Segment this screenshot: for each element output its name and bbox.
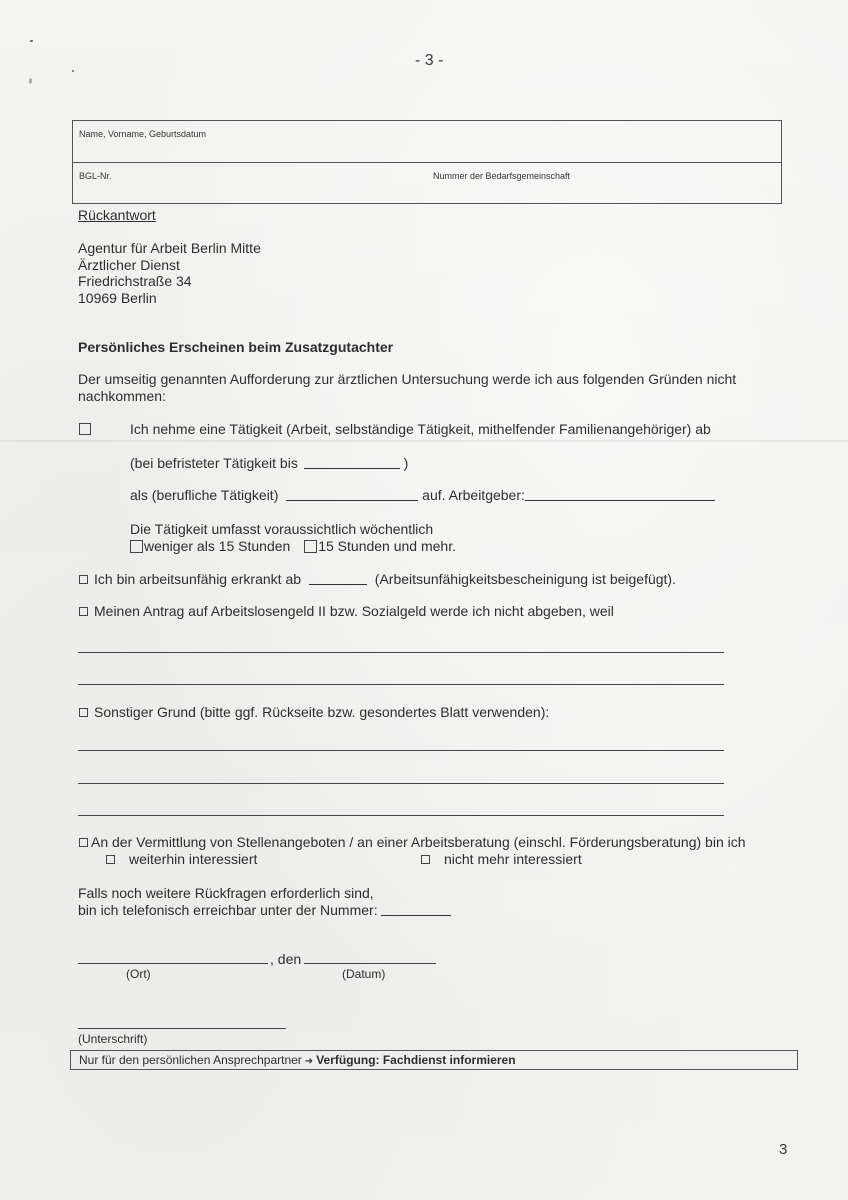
employer-label: auf. Arbeitgeber: xyxy=(422,487,525,503)
address-line: Ärztlicher Dienst xyxy=(78,257,261,274)
signature-caption: (Unterschrift) xyxy=(78,1032,147,1046)
sick-checkbox[interactable] xyxy=(79,575,88,584)
place-field[interactable] xyxy=(78,963,268,964)
placement-checkbox[interactable] xyxy=(79,838,88,847)
arrow-right-icon: ➜ xyxy=(305,1053,313,1071)
sick-option-suffix: (Arbeitsunfähigkeitsbescheinigung ist be… xyxy=(375,571,676,587)
other-reason-line-3[interactable] xyxy=(78,815,724,816)
temporary-end-date-field[interactable] xyxy=(304,456,400,469)
other-reason-checkbox[interactable] xyxy=(79,708,88,717)
occupation-prefix: als (berufliche Tätigkeit) xyxy=(130,487,278,503)
intro-text-line1: Der umseitig genannten Aufforderung zur … xyxy=(78,371,736,387)
header-divider xyxy=(73,162,781,163)
reply-label: Rückantwort xyxy=(78,207,156,223)
placement-option-label: An der Vermittlung von Stellenangeboten … xyxy=(91,834,746,850)
placement-option-line: An der Vermittlung von Stellenangeboten … xyxy=(79,834,746,850)
placement-choice-no: nicht mehr interessiert xyxy=(421,851,582,867)
sick-option-line: Ich bin arbeitsunfähig erkrankt ab (Arbe… xyxy=(79,571,676,587)
paper-speck xyxy=(29,78,32,84)
page-number-bottom: 3 xyxy=(779,1141,787,1158)
address-line: 10969 Berlin xyxy=(78,290,261,307)
bg-number-field-label: Nummer der Bedarfsgemeinschaft xyxy=(433,171,570,181)
employer-field[interactable] xyxy=(525,488,715,501)
no-application-checkbox[interactable] xyxy=(79,607,88,616)
address-line: Friedrichstraße 34 xyxy=(78,273,261,290)
paper-speck xyxy=(30,40,33,42)
employment-checkbox[interactable] xyxy=(79,423,91,435)
page-title: Persönliches Erscheinen beim Zusatzgutac… xyxy=(78,339,393,355)
paper-speck xyxy=(72,70,74,72)
signature-field[interactable] xyxy=(78,1028,286,1029)
hours-15-or-more-label: 15 Stunden und mehr. xyxy=(318,538,456,554)
occupation-field[interactable] xyxy=(286,488,418,501)
no-application-reason-line-2[interactable] xyxy=(78,684,724,685)
name-field-label: Name, Vorname, Geburtsdatum xyxy=(79,129,206,139)
date-field[interactable] xyxy=(304,963,436,964)
place-date-separator: , den xyxy=(270,951,301,967)
no-longer-interested-label: nicht mehr interessiert xyxy=(444,851,582,867)
recipient-address: Agentur für Arbeit Berlin Mitte Ärztlich… xyxy=(78,240,261,306)
other-reason-line-1[interactable] xyxy=(78,750,724,751)
other-reason-option-label: Sonstiger Grund (bitte ggf. Rückseite bz… xyxy=(94,704,549,720)
place-caption: (Ort) xyxy=(126,967,151,981)
no-longer-interested-checkbox[interactable] xyxy=(421,855,430,864)
intro-text-line2: nachkommen: xyxy=(78,388,166,404)
placement-choice-yes: weiterhin interessiert xyxy=(106,851,257,867)
hours-less-than-15-checkbox[interactable] xyxy=(130,540,143,553)
still-interested-label: weiterhin interessiert xyxy=(129,851,257,867)
contact-text-line1: Falls noch weitere Rückfragen erforderli… xyxy=(78,885,374,901)
still-interested-checkbox[interactable] xyxy=(106,855,115,864)
hours-15-or-more-checkbox[interactable] xyxy=(304,540,317,553)
temporary-employment-line: (bei befristeter Tätigkeit bis ) xyxy=(130,455,408,471)
no-application-option-label: Meinen Antrag auf Arbeitslosengeld II bz… xyxy=(94,603,614,619)
occupation-line: als (berufliche Tätigkeit) auf. Arbeitge… xyxy=(130,487,715,503)
internal-note-instruction: Verfügung: Fachdienst informieren xyxy=(316,1053,515,1067)
page-number-top: - 3 - xyxy=(415,52,443,70)
temporary-employment-suffix: ) xyxy=(404,455,409,471)
temporary-employment-prefix: (bei befristeter Tätigkeit bis xyxy=(130,455,298,471)
header-info-box: Name, Vorname, Geburtsdatum BGL-Nr. Numm… xyxy=(72,120,782,204)
weekly-hours-options: weniger als 15 Stunden 15 Stunden und me… xyxy=(130,538,456,554)
other-reason-line-2[interactable] xyxy=(78,783,724,784)
internal-note-box: Nur für den persönlichen Ansprechpartner… xyxy=(70,1050,798,1070)
address-line: Agentur für Arbeit Berlin Mitte xyxy=(78,240,261,257)
weekly-hours-intro: Die Tätigkeit umfasst voraussichtlich wö… xyxy=(130,521,433,537)
date-caption: (Datum) xyxy=(342,967,385,981)
contact-text-line2-label: bin ich telefonisch erreichbar unter der… xyxy=(78,902,378,918)
no-application-reason-line-1[interactable] xyxy=(78,652,724,653)
employment-option-label: Ich nehme eine Tätigkeit (Arbeit, selbst… xyxy=(130,421,711,437)
hours-less-than-15-label: weniger als 15 Stunden xyxy=(144,538,290,554)
other-reason-option-line: Sonstiger Grund (bitte ggf. Rückseite bz… xyxy=(79,704,549,720)
paper-fold xyxy=(0,440,848,442)
phone-number-field[interactable] xyxy=(381,903,451,916)
sick-since-date-field[interactable] xyxy=(309,572,367,585)
sick-option-prefix: Ich bin arbeitsunfähig erkrankt ab xyxy=(94,571,301,587)
no-application-option-line: Meinen Antrag auf Arbeitslosengeld II bz… xyxy=(79,603,614,619)
contact-text-line2: bin ich telefonisch erreichbar unter der… xyxy=(78,902,451,918)
internal-note-prefix: Nur für den persönlichen Ansprechpartner xyxy=(79,1053,302,1067)
bgl-field-label: BGL-Nr. xyxy=(79,171,112,181)
